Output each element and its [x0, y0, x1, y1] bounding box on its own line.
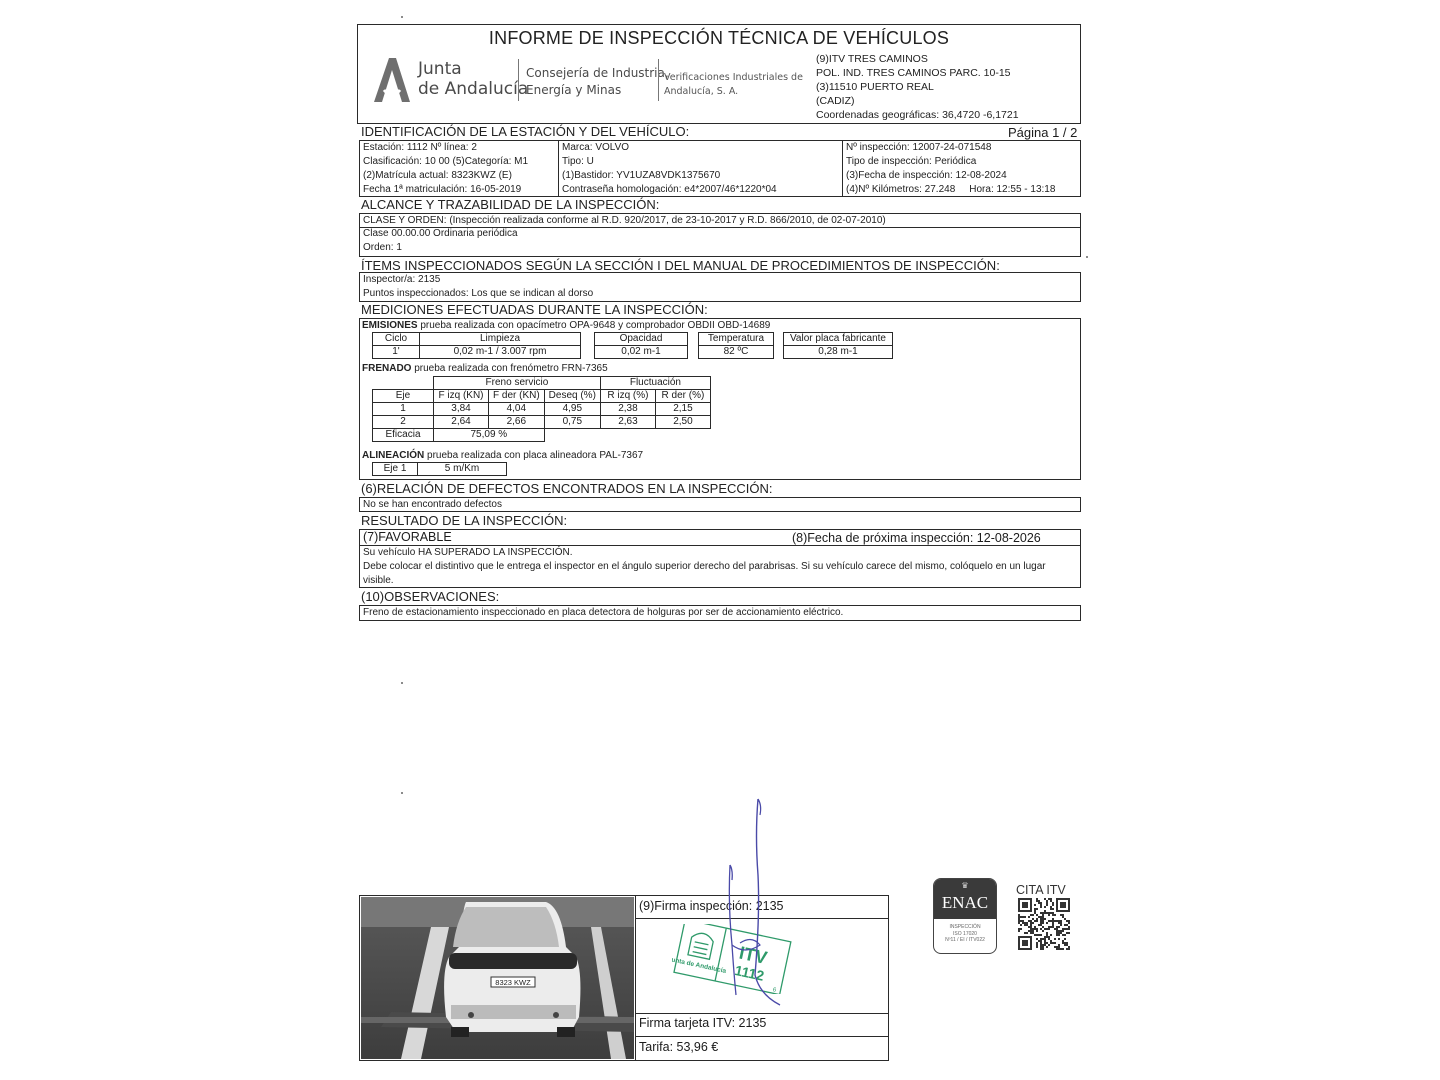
result-line-3: visible.: [363, 574, 394, 588]
consejeria-line-2: Energía y Minas: [526, 82, 669, 99]
emissions-desc: prueba realizada con opacímetro OPA-9648…: [418, 320, 771, 331]
column-header: R izq (%): [600, 390, 655, 403]
junta-andalucia-logo-icon: [372, 56, 412, 104]
cell: 0,02 m-1: [595, 346, 688, 359]
cell: 82 ºC: [699, 346, 774, 359]
vin-number: (1)Bastidor: YV1UZA8VDK1375670: [562, 169, 839, 183]
result-verdict-box: (7)FAVORABLE (8)Fecha de próxima inspecc…: [359, 529, 1081, 546]
cita-itv-label: CITA ITV: [1016, 883, 1066, 897]
clase-text: Clase 00.00.00 Ordinaria periódica: [363, 227, 518, 241]
observations-text: Freno de estacionamiento inspeccionado e…: [363, 606, 843, 620]
result-heading: RESULTADO DE LA INSPECCIÓN:: [361, 513, 567, 528]
page-number: Página 1 / 2: [1008, 125, 1077, 140]
fee: Tarifa: 53,96 €: [639, 1040, 718, 1054]
column-header: Eje: [373, 390, 434, 403]
scope-box: CLASE Y ORDEN: (Inspección realizada con…: [359, 213, 1081, 257]
station-address: POL. IND. TRES CAMINOS PARC. 10-15: [816, 66, 1019, 80]
station-line: Estación: 1112 Nº línea: 2: [363, 141, 555, 155]
cell: Eje 1: [373, 463, 418, 476]
scan-speck: [1086, 256, 1088, 258]
alignment-table: Eje 15 m/Km: [372, 462, 507, 476]
defects-heading: (6)RELACIÓN DE DEFECTOS ENCONTRADOS EN L…: [361, 481, 773, 496]
handwritten-signature-icon: [700, 795, 790, 1010]
efficiency-label: Eficacia: [373, 429, 434, 442]
opacity-table: Opacidad 0,02 m-1: [594, 332, 688, 359]
emissions-line: EMISIONES prueba realizada con opacímetr…: [362, 319, 770, 333]
divider: [518, 59, 519, 101]
scope-heading: ALCANCE Y TRAZABILIDAD DE LA INSPECCIÓN:: [361, 197, 659, 212]
document-title: INFORME DE INSPECCIÓN TÉCNICA DE VEHÍCUL…: [489, 28, 949, 49]
verdict: (7)FAVORABLE: [363, 530, 452, 544]
vehicle-column: Marca: VOLVO Tipo: U (1)Bastidor: YV1UZA…: [558, 141, 842, 196]
points-inspected-text: Puntos inspeccionados: Los que se indica…: [363, 287, 593, 301]
alignment-label: ALINEACIÓN: [362, 450, 424, 461]
identification-grid: Estación: 1112 Nº línea: 2 Clasificación…: [359, 140, 1081, 197]
measurements-box: EMISIONES prueba realizada con opacímetr…: [359, 318, 1081, 480]
km-hour-line: (4)Nº Kilómetros: 27.248Hora: 12:55 - 13…: [846, 183, 1077, 197]
station-column: Estación: 1112 Nº línea: 2 Clasificación…: [360, 141, 558, 197]
identification-heading: IDENTIFICACIÓN DE LA ESTACIÓN Y DEL VEHÍ…: [361, 124, 689, 139]
braking-line: FRENADO prueba realizada con frenómetro …: [362, 362, 608, 376]
manufacturer-plate-table: Valor placa fabricante 0,28 m-1: [783, 332, 893, 359]
braking-table: Freno servicio Fluctuación EjeF izq (KN)…: [372, 376, 711, 442]
observations-heading: (10)OBSERVACIONES:: [361, 589, 499, 604]
verificaciones-line-2: Andalucía, S. A.: [664, 85, 803, 99]
row-divider: [636, 1036, 888, 1037]
emissions-cycle-table: CicloLimpieza 1'0,02 m-1 / 3.007 rpm: [372, 332, 581, 359]
cell: 1: [373, 403, 434, 416]
group-header: Fluctuación: [600, 377, 710, 390]
column-header: R der (%): [655, 390, 710, 403]
logo-line-1: Junta: [418, 59, 528, 79]
inspection-type: Tipo de inspección: Periódica: [846, 155, 1077, 169]
table-row: 22,642,660,752,632,50: [373, 416, 711, 429]
measurements-heading: MEDICIONES EFECTUADAS DURANTE LA INSPECC…: [361, 302, 708, 317]
defects-text: No se han encontrado defectos: [363, 498, 502, 512]
enac-line-3: Nº11 / EI / ITV022: [934, 937, 996, 944]
crown-icon: ♛: [934, 881, 996, 890]
group-header: Freno servicio: [434, 377, 601, 390]
efficiency-value: 75,09 %: [434, 429, 545, 442]
divider: [658, 59, 659, 101]
inspection-column: Nº inspección: 12007-24-071548 Tipo de i…: [842, 141, 1080, 196]
cell: 2,63: [600, 416, 655, 429]
document-title-box: INFORME DE INSPECCIÓN TÉCNICA DE VEHÍCUL…: [357, 24, 1081, 52]
observations-box: Freno de estacionamiento inspeccionado e…: [359, 605, 1081, 621]
emissions-label: EMISIONES: [362, 320, 418, 331]
enac-badge: ♛ ENAC INSPECCIÓN ISO 17020 Nº11 / EI / …: [933, 878, 997, 954]
alignment-line: ALINEACIÓN prueba realizada con placa al…: [362, 449, 643, 463]
cell: 2,64: [434, 416, 489, 429]
braking-desc: prueba realizada con frenómetro FRN-7365: [411, 363, 607, 374]
enac-accreditation: INSPECCIÓN ISO 17020 Nº11 / EI / ITV022: [934, 919, 996, 944]
kilometers: (4)Nº Kilómetros: 27.248: [846, 184, 955, 195]
defects-box: No se han encontrado defectos: [359, 497, 1081, 512]
logo-line-2: de Andalucía: [418, 79, 528, 99]
braking-label: FRENADO: [362, 363, 411, 374]
vehicle-photo: 8323 KWZ: [361, 897, 634, 1059]
temperature-table: Temperatura 82 ºC: [698, 332, 774, 359]
qr-code-icon[interactable]: [1018, 898, 1070, 950]
cell: Ciclo: [373, 333, 420, 346]
cell: 2,50: [655, 416, 710, 429]
footer-box: 8323 KWZ (9)Firma inspección: 2135 Junta…: [359, 895, 889, 1061]
enac-badge-top: ♛ ENAC: [934, 879, 996, 919]
cell: 0,75: [544, 416, 600, 429]
inspector-text: Inspector/a: 2135: [363, 273, 440, 287]
consejeria-text: Consejería de Industria, Energía y Minas: [526, 65, 669, 99]
classification: Clasificación: 10 00 (5)Categoría: M1: [363, 155, 555, 169]
clase-orden-text: CLASE Y ORDEN: (Inspección realizada con…: [363, 214, 886, 228]
table-row: 13,844,044,952,382,15: [373, 403, 711, 416]
verificaciones-text: Verificaciones Industriales de Andalucía…: [664, 71, 803, 99]
scan-speck: [401, 16, 403, 18]
itv-card-signature: Firma tarjeta ITV: 2135: [639, 1016, 766, 1030]
cell: Opacidad: [595, 333, 688, 346]
cell: Limpieza: [420, 333, 581, 346]
scan-speck: [401, 682, 403, 684]
vehicle-type: Tipo: U: [562, 155, 839, 169]
cell: 0,02 m-1 / 3.007 rpm: [420, 346, 581, 359]
vehicle-brand: Marca: VOLVO: [562, 141, 839, 155]
consejeria-line-1: Consejería de Industria,: [526, 65, 669, 82]
first-registration-date: Fecha 1ª matriculación: 16-05-2019: [363, 183, 555, 197]
inspection-time: Hora: 12:55 - 13:18: [969, 184, 1055, 195]
cell: 3,84: [434, 403, 489, 416]
cell: 2,38: [600, 403, 655, 416]
cell: 0,28 m-1: [784, 346, 893, 359]
cell: Valor placa fabricante: [784, 333, 893, 346]
station-coordinates: Coordenadas geográficas: 36,4720 -6,1721: [816, 108, 1019, 122]
cell: 4,95: [544, 403, 600, 416]
inspection-date: (3)Fecha de inspección: 12-08-2024: [846, 169, 1077, 183]
verificaciones-line-1: Verificaciones Industriales de: [664, 71, 803, 85]
cell: 2,66: [489, 416, 545, 429]
station-name: (9)ITV TRES CAMINOS: [816, 52, 1019, 66]
column-header: F der (KN): [489, 390, 545, 403]
items-box: Inspector/a: 2135 Puntos inspeccionados:…: [359, 272, 1081, 302]
vehicle-plate: 8323 KWZ: [495, 978, 531, 987]
result-line-1: Su vehículo HA SUPERADO LA INSPECCIÓN.: [363, 546, 573, 560]
column-header: Deseq (%): [544, 390, 600, 403]
cell: 5 m/Km: [418, 463, 507, 476]
column-header: F izq (KN): [434, 390, 489, 403]
plate-number: (2)Matrícula actual: 8323KWZ (E): [363, 169, 555, 183]
alignment-desc: prueba realizada con placa alineadora PA…: [424, 450, 643, 461]
scan-speck: [401, 792, 403, 794]
station-province: (CADIZ): [816, 94, 1019, 108]
items-heading: ÍTEMS INSPECCIONADOS SEGÚN LA SECCIÓN I …: [361, 258, 1000, 273]
enac-label: ENAC: [934, 893, 996, 913]
result-text-box: Su vehículo HA SUPERADO LA INSPECCIÓN. D…: [359, 545, 1081, 588]
row-divider: [636, 1013, 888, 1014]
cell: 2,15: [655, 403, 710, 416]
cell: 4,04: [489, 403, 545, 416]
junta-logo-text: Junta de Andalucía: [418, 59, 528, 99]
next-inspection-date: (8)Fecha de próxima inspección: 12-08-20…: [792, 531, 1041, 545]
station-info: (9)ITV TRES CAMINOS POL. IND. TRES CAMIN…: [816, 52, 1019, 122]
result-line-2: Debe colocar el distintivo que le entreg…: [363, 560, 1046, 574]
orden-text: Orden: 1: [363, 241, 402, 255]
cell: 1': [373, 346, 420, 359]
station-city: (3)11510 PUERTO REAL: [816, 80, 1019, 94]
inspection-number: Nº inspección: 12007-24-071548: [846, 141, 1077, 155]
homologation-code: Contraseña homologación: e4*2007/46*1220…: [562, 183, 839, 197]
cell: 2: [373, 416, 434, 429]
cell: Temperatura: [699, 333, 774, 346]
header-logos: Junta de Andalucía Consejería de Industr…: [357, 51, 1081, 124]
